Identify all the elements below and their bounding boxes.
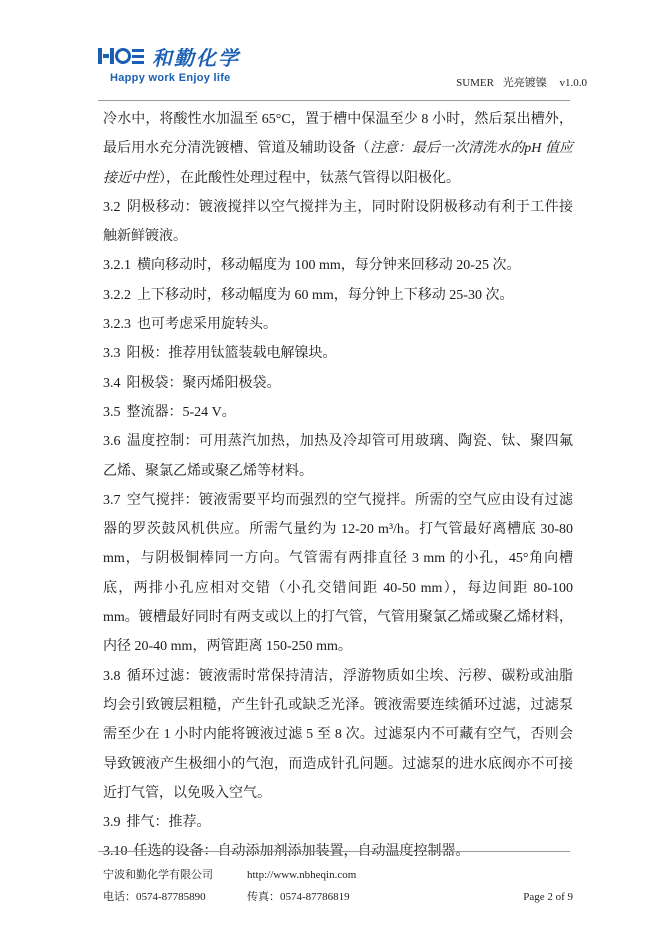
hqe-logo-icon — [98, 48, 144, 64]
section-number: 3.8 — [103, 662, 121, 691]
company-name: 宁波和勤化学有限公司 — [103, 864, 247, 886]
section-3-8: 3.8循环过滤：镀液需时常保持清洁，浮游物质如尘埃、污秽、碳粉或油脂均会引致镀层… — [103, 662, 573, 808]
section-3-9: 3.9排气：推荐。 — [103, 808, 573, 837]
section-3-2-2: 3.2.2上下移动时，移动幅度为 60 mm，每分钟上下移动 25-30 次。 — [103, 281, 573, 310]
document-body: 冷水中，将酸性水加温至 65°C，置于槽中保温至少 8 小时，然后泵出槽外，最后… — [103, 105, 573, 867]
section-number: 3.2.3 — [103, 310, 131, 339]
section-3-10: 3.10任选的设备：自动添加剂添加装置，自动温度控制器。 — [103, 837, 573, 866]
section-text: 上下移动时，移动幅度为 60 mm，每分钟上下移动 25-30 次。 — [137, 288, 513, 303]
section-number: 3.2.1 — [103, 251, 131, 280]
section-3-6: 3.6温度控制：可用蒸汽加热，加热及冷却管可用玻璃、陶瓷、钛、聚四氟乙烯、聚氯乙… — [103, 427, 573, 486]
section-3-2: 3.2阴极移动：镀液搅拌以空气搅拌为主，同时附设阴极移动有利于工件接触新鲜镀液。 — [103, 193, 573, 252]
section-text: 排气：推荐。 — [127, 815, 211, 830]
section-3-2-3: 3.2.3也可考虑采用旋转头。 — [103, 310, 573, 339]
section-3-4: 3.4阳极袋：聚丙烯阳极袋。 — [103, 369, 573, 398]
product-cn-name: 光亮镀镍 — [503, 77, 547, 89]
logo-slogan: Happy work Enjoy life — [110, 72, 258, 84]
section-3-2-1: 3.2.1横向移动时，移动幅度为 100 mm，每分钟来回移动 20-25 次。 — [103, 251, 573, 280]
section-number: 3.9 — [103, 808, 121, 837]
phone-number: 电话：0574-87785890 — [103, 886, 247, 908]
document-footer: 宁波和勤化学有限公司 http://www.nbheqin.com 电话：057… — [103, 864, 573, 908]
text: ），在此酸性处理过程中，钛蒸气管得以阳极化。 — [159, 171, 460, 186]
section-text: 阴极移动：镀液搅拌以空气搅拌为主，同时附设阴极移动有利于工件接触新鲜镀液。 — [103, 200, 573, 244]
section-text: 循环过滤：镀液需时常保持清洁，浮游物质如尘埃、污秽、碳粉或油脂均会引致镀层粗糙，… — [103, 669, 573, 801]
section-text: 温度控制：可用蒸汽加热，加热及冷却管可用玻璃、陶瓷、钛、聚四氟乙烯、聚氯乙烯或聚… — [103, 434, 573, 478]
section-number: 3.5 — [103, 398, 121, 427]
company-logo: 和勤化学 Happy work Enjoy life — [98, 44, 258, 96]
paragraph-continued: 冷水中，将酸性水加温至 65°C，置于槽中保温至少 8 小时，然后泵出槽外，最后… — [103, 105, 573, 193]
website-link[interactable]: http://www.nbheqin.com — [247, 864, 573, 886]
section-text: 横向移动时，移动幅度为 100 mm，每分钟来回移动 20-25 次。 — [137, 258, 520, 273]
section-number: 3.2 — [103, 193, 121, 222]
product-name: SUMER — [456, 77, 494, 89]
section-text: 阳极袋：聚丙烯阳极袋。 — [127, 376, 281, 391]
logo-chinese-name: 和勤化学 — [152, 42, 240, 71]
section-number: 3.3 — [103, 339, 121, 368]
section-number: 3.7 — [103, 486, 121, 515]
section-number: 3.2.2 — [103, 281, 131, 310]
page-indicator: Page 2 of 9 — [523, 886, 573, 908]
section-text: 阳极：推荐用钛篮装载电解镍块。 — [127, 346, 337, 361]
header-divider — [98, 100, 570, 101]
version: v1.0.0 — [560, 77, 588, 89]
section-number: 3.6 — [103, 427, 121, 456]
document-header: SUMER 光亮镀镍 v1.0.0 — [450, 74, 587, 90]
section-number: 3.10 — [103, 837, 128, 866]
section-text: 空气搅拌：镀液需要平均而强烈的空气搅拌。所需的空气应由设有过滤器的罗茨鼓风机供应… — [103, 493, 573, 654]
section-3-3: 3.3阳极：推荐用钛篮装载电解镍块。 — [103, 339, 573, 368]
section-3-7: 3.7空气搅拌：镀液需要平均而强烈的空气搅拌。所需的空气应由设有过滤器的罗茨鼓风… — [103, 486, 573, 662]
section-3-5: 3.5整流器：5-24 V。 — [103, 398, 573, 427]
section-number: 3.4 — [103, 369, 121, 398]
section-text: 也可考虑采用旋转头。 — [137, 317, 277, 332]
footer-divider — [98, 851, 570, 852]
section-text: 整流器：5-24 V。 — [127, 405, 236, 420]
fax-number: 传真：0574-87786819 — [247, 886, 523, 908]
